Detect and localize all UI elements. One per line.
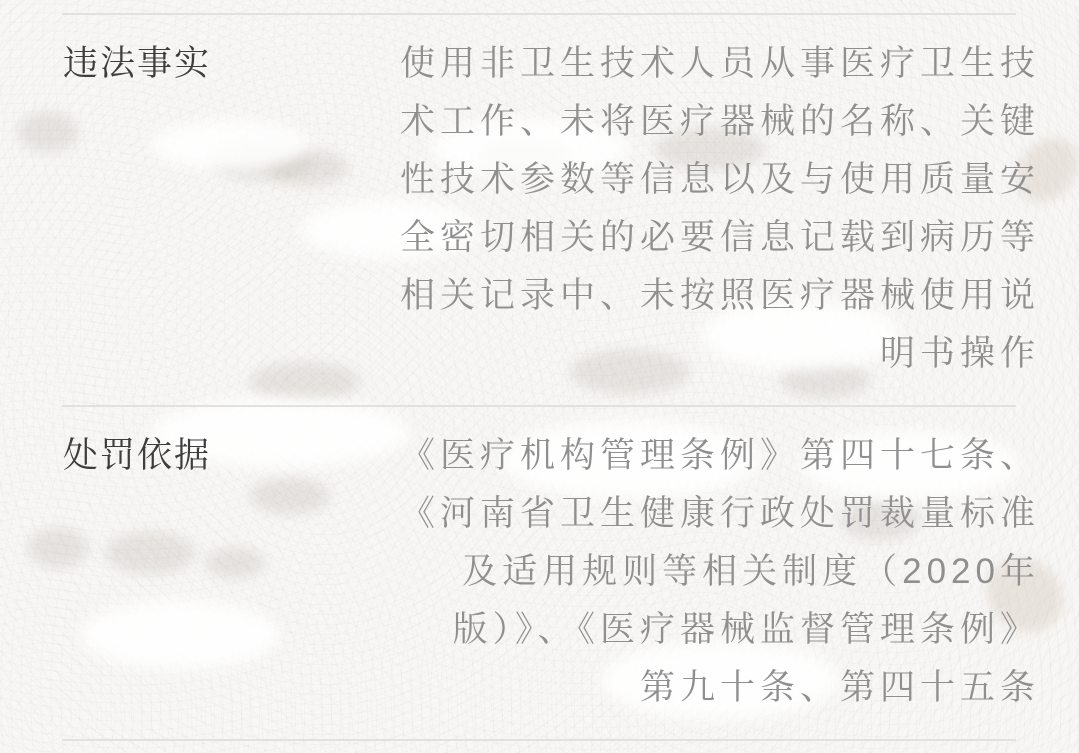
field-row-penalty-basis: 处罚依据 《医疗机构管理条例》第四十七条、 《河南省卫生健康行政处罚裁量标准 及… — [0, 407, 1079, 739]
field-row-violation-facts: 违法事实 使用非卫生技术人员从事医疗卫生技 术工作、未将医疗器械的名称、关键 性… — [0, 15, 1079, 405]
penalty-basis-label: 处罚依据 — [63, 427, 363, 485]
violation-facts-label: 违法事实 — [63, 35, 363, 93]
violation-facts-value: 使用非卫生技术人员从事医疗卫生技 术工作、未将医疗器械的名称、关键 性技术参数等… — [363, 35, 1040, 383]
penalty-detail-panel: 违法事实 使用非卫生技术人员从事医疗卫生技 术工作、未将医疗器械的名称、关键 性… — [0, 0, 1079, 753]
detail-table: 违法事实 使用非卫生技术人员从事医疗卫生技 术工作、未将医疗器械的名称、关键 性… — [0, 0, 1079, 741]
penalty-basis-value: 《医疗机构管理条例》第四十七条、 《河南省卫生健康行政处罚裁量标准 及适用规则等… — [363, 427, 1040, 717]
bottom-divider — [62, 739, 1016, 741]
